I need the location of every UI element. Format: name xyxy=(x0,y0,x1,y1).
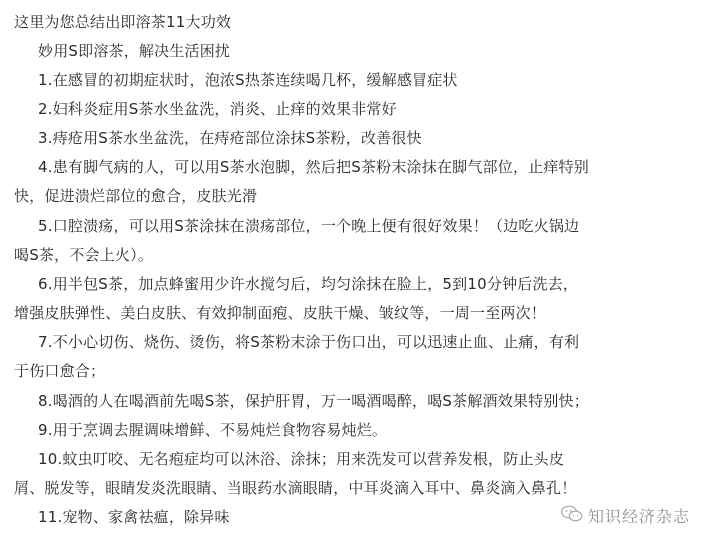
article-title: 这里为您总结出即溶茶11大功效 xyxy=(14,12,231,32)
list-item-9: 9.用于烹调去腥调味增鲜、不易炖烂食物容易炖烂。 xyxy=(38,420,387,440)
list-item-11: 11.宠物、家禽祛瘟，除异味 xyxy=(38,507,230,527)
list-item-5-cont: 喝S茶，不会上火）。 xyxy=(14,245,153,265)
watermark-text: 知识经济杂志 xyxy=(588,504,690,527)
article-subtitle: 妙用S即溶茶，解决生活困扰 xyxy=(38,41,230,61)
list-item-4: 4.患有脚气病的人，可以用S茶水泡脚，然后把S茶粉末涂抹在脚气部位，止痒特别 xyxy=(38,157,589,177)
list-item-10: 10.蚊虫叮咬、无名疱症均可以沐浴、涂抹；用来洗发可以营养发根，防止头皮 xyxy=(38,449,564,469)
list-item-6-cont: 增强皮肤弹性、美白皮肤、有效抑制面疱、皮肤干燥、皱纹等，一周一至两次！ xyxy=(14,303,546,323)
watermark: 知识经济杂志 xyxy=(560,504,690,527)
list-item-10-cont: 屑、脱发等，眼睛发炎洗眼睛、当眼药水滴眼睛，中耳炎滴入耳中、鼻炎滴入鼻孔！ xyxy=(14,478,576,498)
wechat-icon xyxy=(560,505,584,527)
list-item-1: 1.在感冒的初期症状时，泡浓S热茶连续喝几杯，缓解感冒症状 xyxy=(38,70,458,90)
list-item-4-cont: 快，促进溃烂部位的愈合，皮肤光滑 xyxy=(14,186,257,206)
list-item-8: 8.喝酒的人在喝酒前先喝S茶，保护肝胃，万一喝酒喝醉，喝S茶解酒效果特别快； xyxy=(38,391,589,411)
list-item-2: 2.妇科炎症用S茶水坐盆洗，消炎、止痒的效果非常好 xyxy=(38,99,397,119)
list-item-7-cont: 于伤口愈合； xyxy=(14,361,105,381)
list-item-3: 3.痔疮用S茶水坐盆洗，在痔疮部位涂抹S茶粉，改善很快 xyxy=(38,128,422,148)
list-item-6: 6.用半包S茶，加点蜂蜜用少许水搅匀后，均匀涂抹在脸上，5到10分钟后洗去， xyxy=(38,274,578,294)
list-item-5: 5.口腔溃疡，可以用S茶涂抹在溃疡部位，一个晚上便有很好效果！（边吃火锅边 xyxy=(38,216,579,236)
list-item-7: 7.不小心切伤、烧伤、烫伤，将S茶粉末涂于伤口出，可以迅速止血、止痛，有利 xyxy=(38,332,579,352)
